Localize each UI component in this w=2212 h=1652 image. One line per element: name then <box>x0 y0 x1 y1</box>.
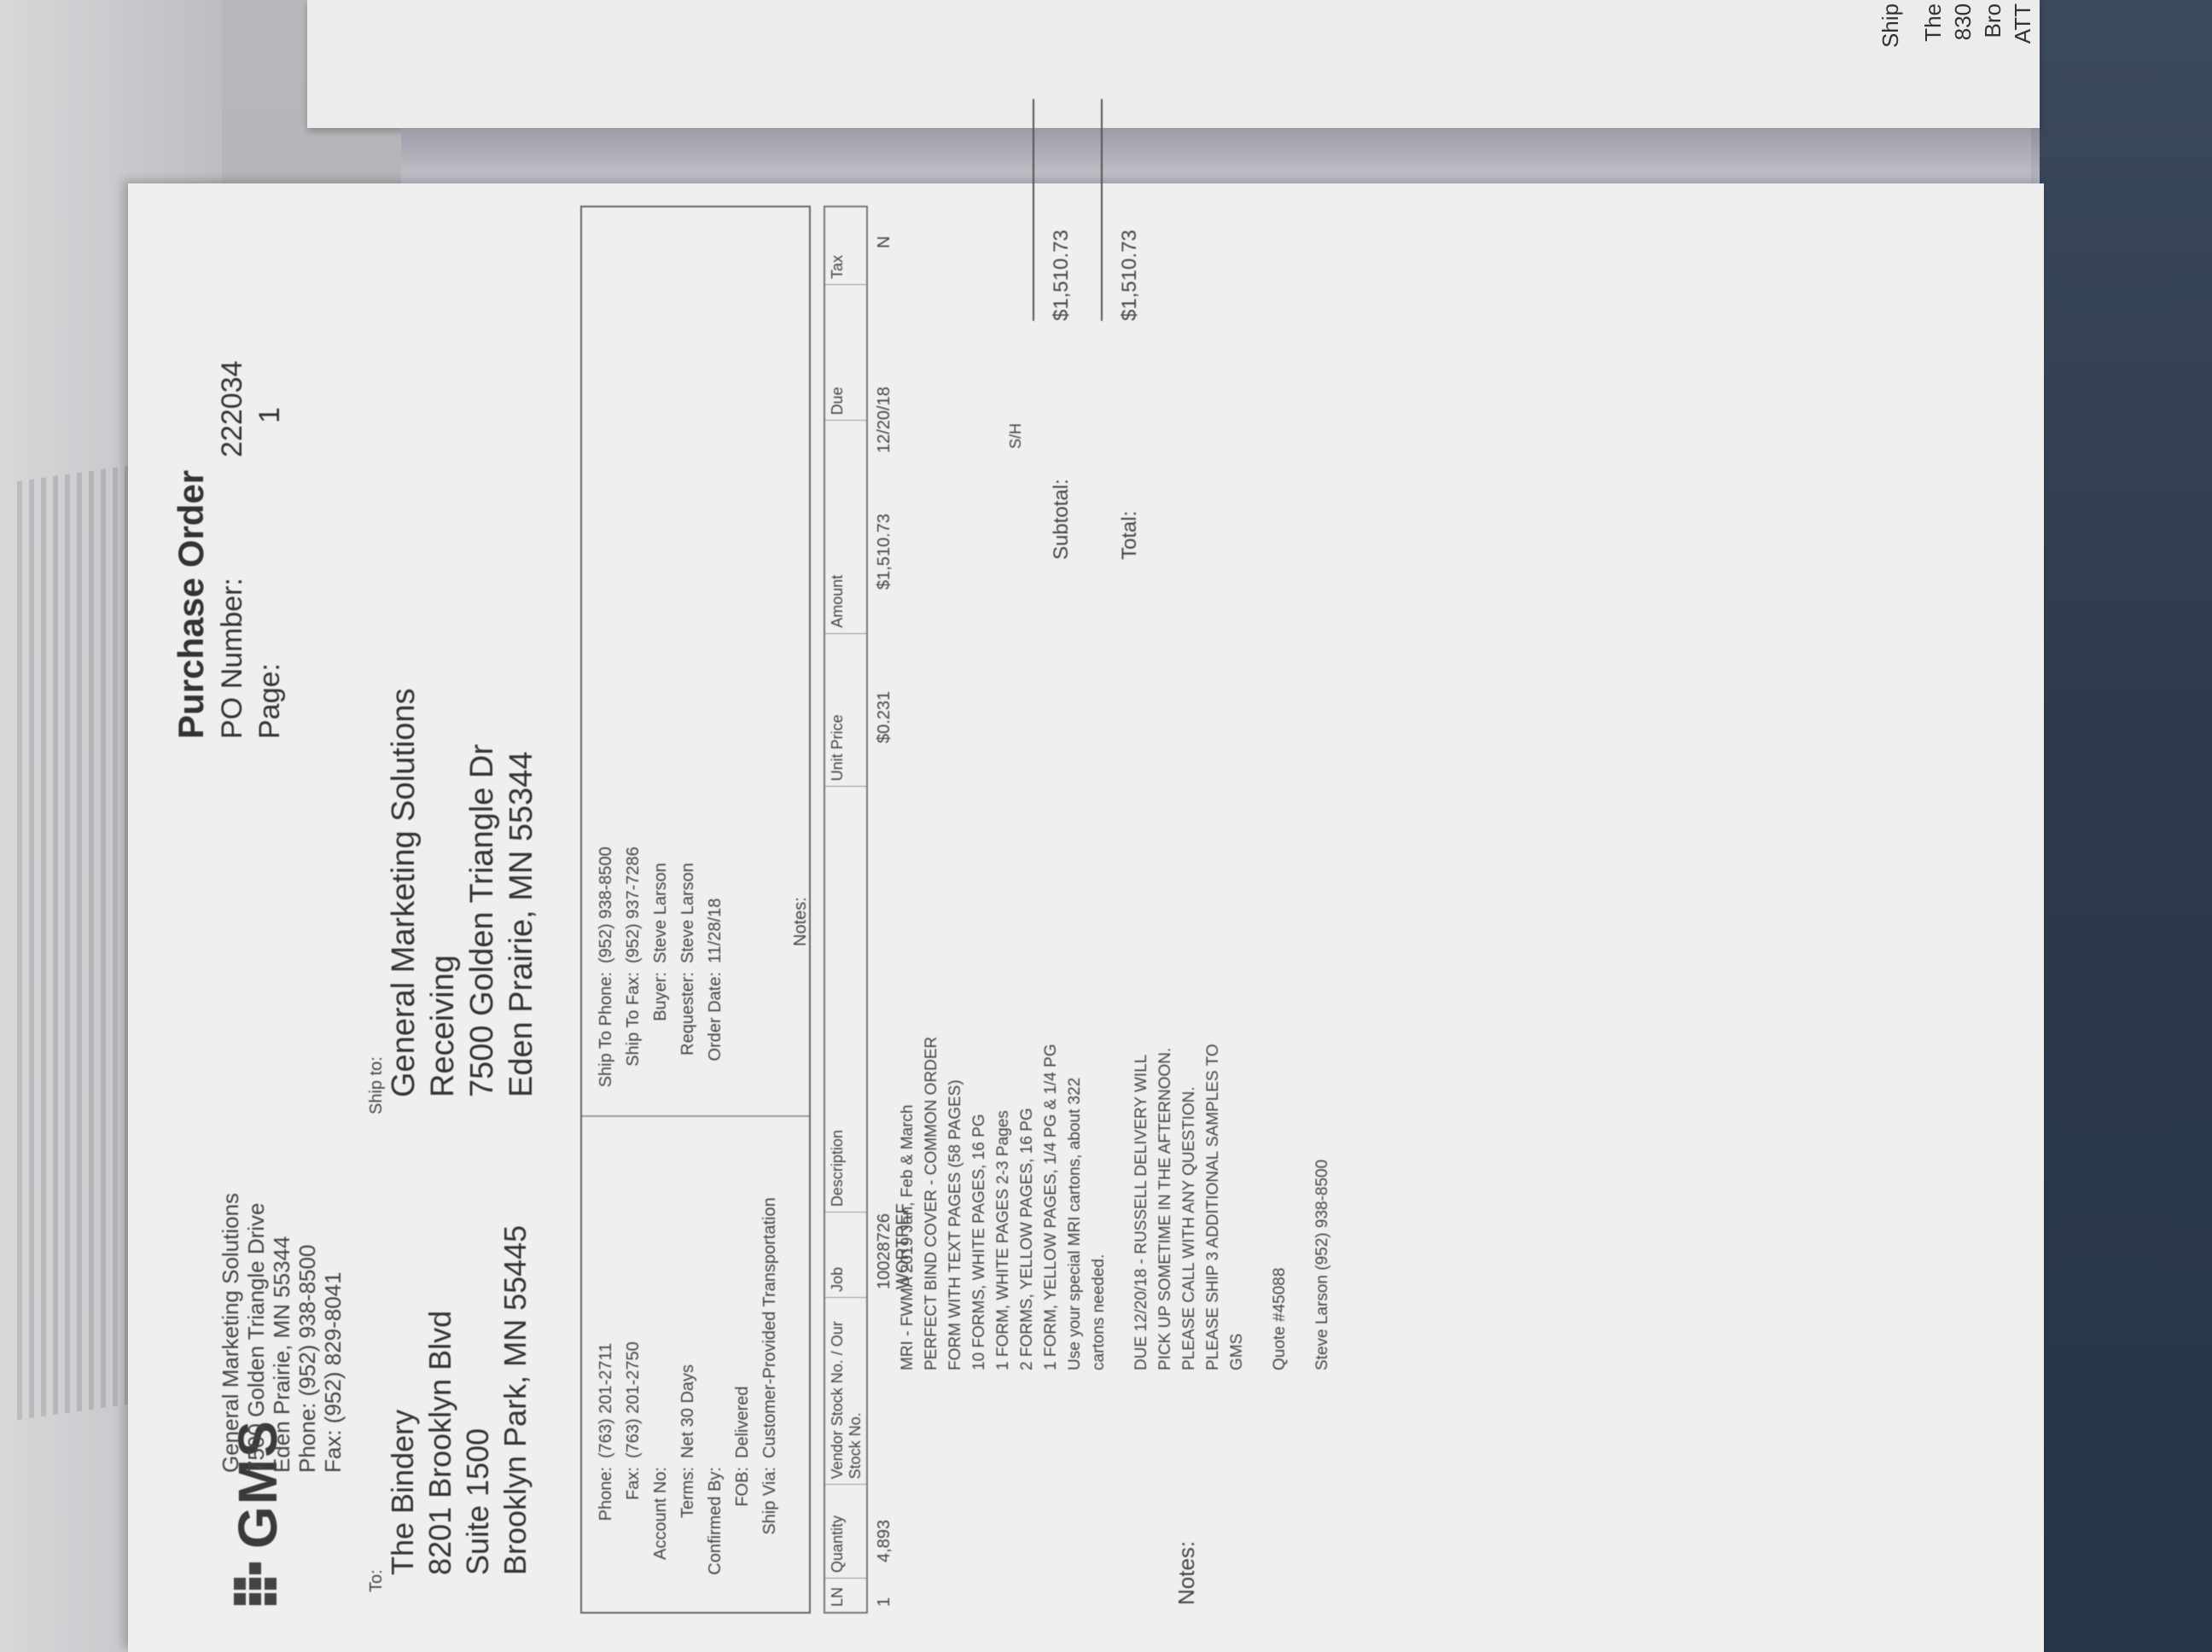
info-row: Order Date:11/28/18 <box>701 846 729 1100</box>
subtotal-label: Subtotal: <box>1050 479 1074 560</box>
subtotal-value: $1,510.73 <box>1050 230 1074 321</box>
info-key: Ship To Phone: <box>592 972 620 1100</box>
col-amount: Amount <box>825 420 866 632</box>
info-key: Ship To Fax: <box>620 972 647 1100</box>
vendor-line: Brooklyn Park, MN 55445 <box>497 1225 534 1575</box>
ship-to-address: General Marketing Solutions Receiving 75… <box>384 689 541 1097</box>
info-value: Steve Larson <box>674 863 701 963</box>
order-info-box: Phone:(763) 201-2711Fax:(763) 201-2750Ac… <box>580 206 811 1614</box>
line-item-description: MRI - FWMA 2019 Jan, Feb & MarchPERFECT … <box>896 773 1353 1370</box>
adjacent-doc-line: Ship <box>1877 3 1904 48</box>
adjacent-doc-line: ATT <box>2010 3 2036 44</box>
vendor-address: The Bindery 8201 Brooklyn Blvd Suite 150… <box>384 1225 534 1575</box>
cell-unit-price: $0.231 <box>875 691 894 743</box>
purchase-order-page: GMS General Marketing Solutions 7500 Gol… <box>128 183 2044 1652</box>
cell-ln: 1 <box>875 1597 894 1607</box>
info-key: Fax: <box>620 1467 647 1595</box>
adjacent-doc-line: The <box>1920 3 1947 42</box>
info-value: Delivered <box>729 1387 756 1458</box>
ship-to-line: Eden Prairie, MN 55344 <box>502 689 541 1097</box>
purchase-order-document: GMS General Marketing Solutions 7500 Gol… <box>128 183 2044 1652</box>
quote-number: Quote #45088 <box>1268 773 1292 1370</box>
description-block: MRI - FWMA 2019 Jan, Feb & MarchPERFECT … <box>896 773 1111 1370</box>
po-number-label: PO Number: <box>216 578 248 739</box>
cell-quantity: 4,893 <box>875 1520 894 1562</box>
company-phone: Phone: (952) 938-8500 <box>294 1193 320 1473</box>
info-row: Fax:(763) 201-2750 <box>620 1197 647 1595</box>
info-row: Ship To Fax:(952) 937-7286 <box>620 846 647 1100</box>
info-value: Steve Larson <box>647 863 674 963</box>
info-value: Customer-Provided Transportation <box>756 1197 783 1458</box>
info-notes-label: Notes: <box>791 897 811 946</box>
info-row: Account No: <box>647 1197 674 1595</box>
vendor-line: The Bindery <box>384 1225 422 1575</box>
page-number: 1 <box>251 407 288 423</box>
info-row: Confirmed By: <box>701 1197 729 1595</box>
col-ln: LN <box>825 1578 866 1612</box>
ship-to-line: Receiving <box>423 689 463 1097</box>
col-description: Description <box>825 786 866 1212</box>
company-address: General Marketing Solutions 7500 Golden … <box>218 1193 346 1473</box>
cell-tax: N <box>875 236 894 248</box>
vendor-line: Suite 1500 <box>459 1225 497 1575</box>
total-line <box>1101 99 1103 321</box>
cell-due: 12/20/18 <box>875 387 894 453</box>
document-title: Purchase Order <box>171 470 212 739</box>
info-key: Confirmed By: <box>701 1467 729 1595</box>
info-value: (952) 938-8500 <box>592 846 620 963</box>
cell-amount: $1,510.73 <box>875 514 894 590</box>
page-label: Page: <box>253 663 286 739</box>
delivery-instructions: DUE 12/20/18 - RUSSELL DELIVERY WILLPICK… <box>1130 773 1249 1370</box>
adjacent-doc-line: Bro <box>1980 3 2006 38</box>
col-job: Job <box>825 1212 866 1297</box>
info-key: Requester: <box>674 972 701 1100</box>
col-unit-price: Unit Price <box>825 633 866 787</box>
cell-job: 10028726 <box>875 1213 894 1289</box>
company-fax: Fax: (952) 829-8041 <box>320 1193 346 1473</box>
total-label: Total: <box>1118 511 1142 560</box>
contact: Steve Larson (952) 938-8500 <box>1311 773 1335 1370</box>
subtotal-line <box>1033 99 1034 321</box>
adjacent-doc-line: 830 <box>1950 3 1976 40</box>
info-row: Ship Via:Customer-Provided Transportatio… <box>756 1197 783 1595</box>
po-meta: PO Number: 222034 Page: 1 <box>213 578 288 739</box>
vendor-info: Phone:(763) 201-2711Fax:(763) 201-2750Ac… <box>592 1197 783 1595</box>
info-value: (763) 201-2711 <box>592 1343 620 1458</box>
info-value: Net 30 Days <box>674 1364 701 1458</box>
info-row: Terms:Net 30 Days <box>674 1197 701 1595</box>
info-row: Buyer:Steve Larson <box>647 846 674 1100</box>
info-row: Requester:Steve Larson <box>674 846 701 1100</box>
info-key: Phone: <box>592 1467 620 1595</box>
info-value: (952) 937-7286 <box>620 846 647 963</box>
company-name: General Marketing Solutions <box>218 1193 243 1473</box>
info-key: Terms: <box>674 1467 701 1595</box>
info-value: (763) 201-2750 <box>620 1341 647 1458</box>
footer-notes-label: Notes: <box>1173 1541 1200 1605</box>
info-row: Phone:(763) 201-2711 <box>592 1197 620 1595</box>
gms-logo-icon <box>234 1557 282 1605</box>
col-due: Due <box>825 284 866 421</box>
ship-to-line: 7500 Golden Triangle Dr <box>463 689 502 1097</box>
info-row: Ship To Phone:(952) 938-8500 <box>592 846 620 1100</box>
po-number: 222034 <box>213 361 251 457</box>
floor-background <box>2031 0 2212 1652</box>
info-key: Buyer: <box>647 972 674 1100</box>
info-row: FOB:Delivered <box>729 1197 756 1595</box>
info-key: Ship Via: <box>756 1467 783 1595</box>
info-key: FOB: <box>729 1467 756 1595</box>
adjacent-document: Ship The 830 Bro ATT <box>307 0 2040 128</box>
info-key: Order Date: <box>701 972 729 1100</box>
total-value: $1,510.73 <box>1118 230 1142 321</box>
order-info: Ship To Phone:(952) 938-8500Ship To Fax:… <box>592 846 729 1100</box>
info-divider <box>582 1115 809 1117</box>
line-items-header: LN Quantity Vendor Stock No. / Our Stock… <box>824 206 868 1614</box>
col-stock: Vendor Stock No. / Our Stock No. <box>825 1297 866 1484</box>
info-value: 11/28/18 <box>701 899 729 963</box>
ship-to-line: General Marketing Solutions <box>384 689 423 1097</box>
info-key: Account No: <box>647 1467 674 1595</box>
company-street: 7500 Golden Triangle Drive <box>243 1193 269 1473</box>
col-tax: Tax <box>825 207 866 284</box>
vendor-line: 8201 Brooklyn Blvd <box>422 1225 459 1575</box>
sh-label: S/H <box>1007 423 1025 449</box>
company-city: Eden Prairie, MN 55344 <box>269 1193 294 1473</box>
col-quantity: Quantity <box>825 1484 866 1578</box>
